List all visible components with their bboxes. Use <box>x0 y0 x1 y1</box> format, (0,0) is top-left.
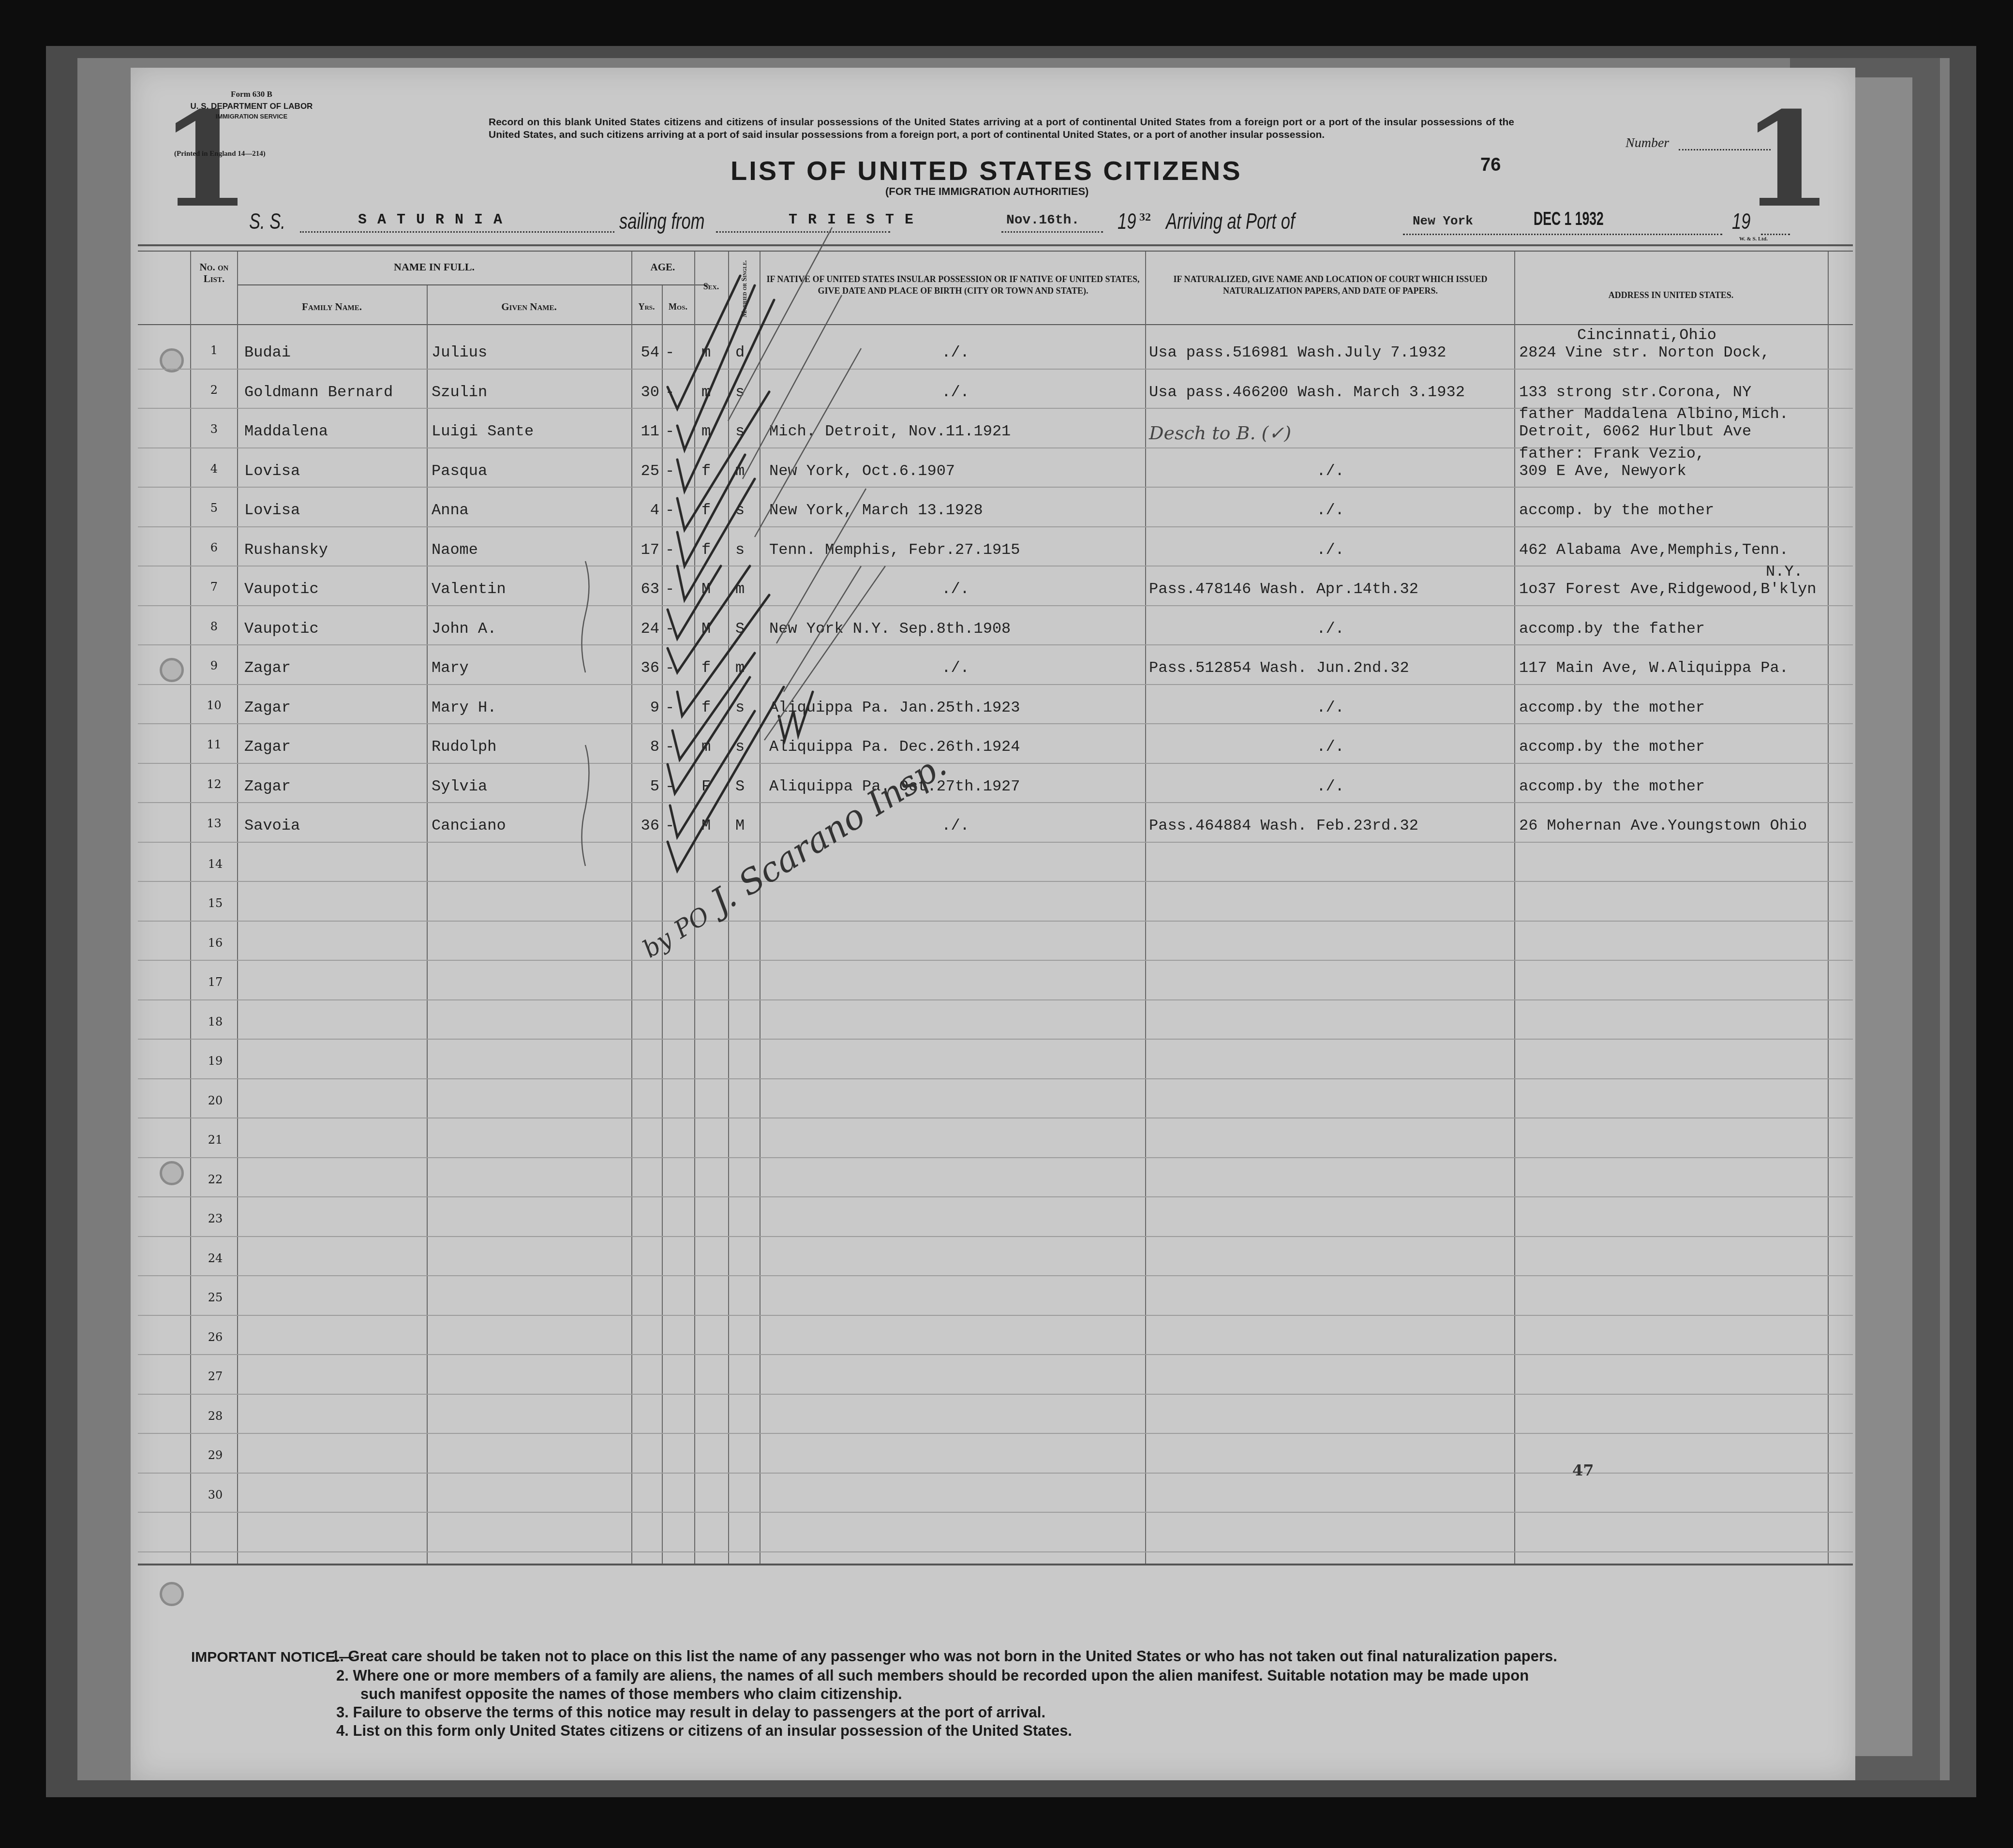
address: accomp.by the mother <box>1519 738 1824 756</box>
row-number: 11 <box>191 738 237 751</box>
notice-item-4: 4. List on this form only United States … <box>191 1722 1836 1740</box>
given-name: Szulin <box>432 383 630 401</box>
address: accomp.by the mother <box>1519 777 1824 795</box>
naturalization: Usa pass.516981 Wash.July 7.1932 <box>1149 343 1512 361</box>
row-number: 17 <box>191 975 239 989</box>
manifest-page: 1 1 Form 630 B U. S. DEPARTMENT OF LABOR… <box>131 68 1855 1780</box>
row-rule <box>138 1394 1853 1395</box>
name-age-subheader-rule <box>237 284 709 285</box>
departure-year-suffix: 32 <box>1139 211 1151 224</box>
given-name: Canciano <box>432 817 630 835</box>
header-no-on-list: No. on List. <box>191 261 237 284</box>
row-rule <box>138 684 1853 685</box>
row-number: 27 <box>191 1370 239 1383</box>
binding-hole <box>160 658 184 682</box>
address: accomp. by the mother <box>1519 501 1824 519</box>
row-rule <box>138 1315 1853 1316</box>
given-name: Luigi Sante <box>432 422 630 440</box>
naturalization: Usa pass.466200 Wash. March 3.1932 <box>1149 383 1512 401</box>
corner-numeral-right: 1 <box>1742 94 1833 225</box>
row-number: 5 <box>191 501 237 515</box>
row-number: 7 <box>191 580 237 594</box>
row-rule <box>138 1433 1853 1434</box>
age-years: 8 <box>631 738 659 756</box>
address: 462 Alabama Ave,Memphis,Tenn. <box>1519 541 1824 559</box>
notice-item-2-cont: such manifest opposite the names of thos… <box>191 1685 1836 1703</box>
age-years: 36 <box>631 817 659 835</box>
address-line-top: N.Y. <box>1766 563 1803 581</box>
row-number: 18 <box>191 1015 239 1028</box>
table-top-rule <box>138 251 1853 252</box>
row-number: 15 <box>191 896 239 910</box>
naturalization: Desch to B. (✓) <box>1149 422 1512 444</box>
arriving-label: Arriving at Port of <box>1166 208 1295 234</box>
row-number: 3 <box>191 422 237 436</box>
bottom-mark: 47 <box>1572 1461 1594 1479</box>
family-name: Rushansky <box>244 541 423 559</box>
header-name-in-full: NAME IN FULL. <box>237 261 631 273</box>
ship-name: SATURNIA <box>358 212 513 228</box>
row-rule <box>138 999 1853 1000</box>
printer-mark: W. & S. Ltd. <box>1739 236 1768 242</box>
col-rule <box>1828 252 1829 1564</box>
address: accomp.by the mother <box>1519 699 1824 716</box>
age-years: 54 <box>631 343 659 361</box>
given-name: Mary H. <box>432 699 630 716</box>
arrival-date-stamp: DEC 1 1932 <box>1534 209 1604 230</box>
age-years: 36 <box>631 659 659 677</box>
row-rule <box>138 802 1853 803</box>
row-rule <box>138 1039 1853 1040</box>
family-name: Zagar <box>244 659 423 677</box>
row-number: 9 <box>191 659 237 672</box>
printed-note: (Printed in England 14—214) <box>174 150 266 158</box>
row-rule <box>138 842 1853 843</box>
family-name: Zagar <box>244 699 423 716</box>
row-number: 1 <box>191 343 237 357</box>
family-name: Zagar <box>244 777 423 795</box>
notice-heading: IMPORTANT NOTICE.— <box>191 1648 354 1667</box>
row-rule <box>138 1354 1853 1355</box>
row-number: 24 <box>191 1252 239 1265</box>
address: accomp.by the father <box>1519 620 1824 638</box>
address-line-top: father Maddalena Albino,Mich. <box>1519 405 1789 423</box>
notice-item-2: 2. Where one or more members of a family… <box>191 1667 1836 1685</box>
row-number: 26 <box>191 1330 239 1344</box>
year-field <box>1761 234 1790 235</box>
departure-date-field <box>1001 231 1103 233</box>
given-name: Mary <box>432 659 630 677</box>
age-years: 24 <box>631 620 659 638</box>
table-top-rule <box>138 244 1853 246</box>
given-name: Naome <box>432 541 630 559</box>
table-bottom-rule <box>138 1564 1853 1565</box>
binding-hole <box>160 1161 184 1185</box>
row-rule <box>138 1512 1853 1513</box>
binding-hole <box>160 1582 184 1606</box>
row-rule <box>138 1157 1853 1158</box>
record-instructions: Record on this blank United States citiz… <box>489 116 1514 141</box>
naturalization: Pass.464884 Wash. Feb.23rd.32 <box>1149 817 1512 835</box>
row-number: 14 <box>191 857 239 871</box>
header-address: ADDRESS IN UNITED STATES. <box>1514 289 1828 301</box>
row-rule <box>138 644 1853 645</box>
given-name: Pasqua <box>432 462 630 480</box>
row-rule <box>138 526 1853 527</box>
row-number: 22 <box>191 1173 239 1186</box>
page-stamp: 76 <box>1480 155 1501 176</box>
header-given-name: Given Name. <box>427 301 631 313</box>
naturalization: ./. <box>1149 620 1512 638</box>
address-line-top: Cincinnati,Ohio <box>1577 326 1716 344</box>
row-number: 20 <box>191 1094 239 1107</box>
given-name: Valentin <box>432 580 630 598</box>
given-name: Anna <box>432 501 630 519</box>
age-years: 11 <box>631 422 659 440</box>
row-number: 23 <box>191 1212 239 1225</box>
family-name: Lovisa <box>244 501 423 519</box>
arrival-port-field <box>1403 234 1722 235</box>
col-rule <box>427 285 428 1564</box>
row-number: 21 <box>191 1133 239 1147</box>
family-name: Vaupotic <box>244 620 423 638</box>
important-notice: IMPORTANT NOTICE.— 1. Great care should … <box>191 1647 1836 1740</box>
form-number: Form 630 B <box>179 89 324 99</box>
col-rule <box>631 252 632 1564</box>
col-rule <box>1514 252 1515 1564</box>
year-prefix: 19 <box>1118 208 1136 234</box>
row-rule <box>138 960 1853 961</box>
row-number: 12 <box>191 777 237 791</box>
row-rule <box>138 1236 1853 1237</box>
address-line-top: father: Frank Vezio, <box>1519 445 1705 462</box>
age-years: 25 <box>631 462 659 480</box>
row-rule <box>138 1275 1853 1276</box>
given-name: John A. <box>432 620 630 638</box>
header-yrs: Yrs. <box>631 301 662 313</box>
age-years: 63 <box>631 580 659 598</box>
family-name: Goldmann Bernard <box>244 383 423 401</box>
row-number: 28 <box>191 1409 239 1423</box>
row-number: 10 <box>191 699 237 712</box>
row-number: 19 <box>191 1054 239 1068</box>
ss-label: S. S. <box>249 208 285 234</box>
age-years: 9 <box>631 699 659 716</box>
row-rule <box>138 723 1853 724</box>
row-number: 8 <box>191 620 237 633</box>
page-subtitle: (FOR THE IMMIGRATION AUTHORITIES) <box>885 185 1089 198</box>
row-number: 16 <box>191 936 239 950</box>
naturalization: ./. <box>1149 462 1512 480</box>
family-name: Budai <box>244 343 423 361</box>
row-rule <box>138 566 1853 566</box>
year-label: 19 <box>1732 208 1750 234</box>
family-name: Maddalena <box>244 422 423 440</box>
row-rule <box>138 1551 1853 1552</box>
arrival-port: New York <box>1413 214 1473 228</box>
row-number: 30 <box>191 1488 239 1502</box>
row-rule <box>138 881 1853 882</box>
header-family-name: Family Name. <box>237 301 427 313</box>
address: 26 Mohernan Ave.Youngstown Ohio <box>1519 817 1824 835</box>
given-name: Julius <box>432 343 630 361</box>
row-rule <box>138 1078 1853 1079</box>
row-number: 13 <box>191 817 237 830</box>
address: 117 Main Ave, W.Aliquippa Pa. <box>1519 659 1824 677</box>
naturalization: Pass.478146 Wash. Apr.14th.32 <box>1149 580 1512 598</box>
row-rule <box>138 1118 1853 1118</box>
departure-date: Nov.16th. <box>1006 213 1079 228</box>
service: IMMIGRATION SERVICE <box>179 113 324 120</box>
header-naturalized: IF NATURALIZED, GIVE NAME AND LOCATION O… <box>1149 273 1512 297</box>
row-rule <box>138 921 1853 922</box>
address: 309 E Ave, Newyork <box>1519 462 1824 480</box>
address: 133 strong str.Corona, NY <box>1519 383 1824 401</box>
naturalization: ./. <box>1149 738 1512 756</box>
age-years: 30 <box>631 383 659 401</box>
family-name: Savoia <box>244 817 423 835</box>
row-number: 6 <box>191 541 237 554</box>
row-number: 2 <box>191 383 237 397</box>
signature-prefix: by PO <box>638 901 715 963</box>
row-rule <box>138 487 1853 488</box>
number-field <box>1679 149 1771 150</box>
family-name: Vaupotic <box>244 580 423 598</box>
number-label: Number <box>1625 135 1669 151</box>
naturalization: ./. <box>1149 777 1512 795</box>
age-years: 5 <box>631 777 659 795</box>
family-name: Zagar <box>244 738 423 756</box>
address: 1o37 Forest Ave,Ridgewood,B'klyn <box>1519 580 1824 598</box>
address: 2824 Vine str. Norton Dock, <box>1519 343 1824 361</box>
notice-item-1: 1. Great care should be taken not to pla… <box>331 1647 1557 1666</box>
row-rule <box>138 369 1853 370</box>
notice-item-3: 3. Failure to observe the terms of this … <box>191 1703 1836 1722</box>
row-rule <box>138 1196 1853 1197</box>
row-number: 4 <box>191 462 237 476</box>
family-name: Lovisa <box>244 462 423 480</box>
given-name: Sylvia <box>432 777 630 795</box>
naturalization: ./. <box>1149 699 1512 716</box>
row-rule <box>138 763 1853 764</box>
naturalization: Pass.512854 Wash. Jun.2nd.32 <box>1149 659 1512 677</box>
row-rule <box>138 605 1853 606</box>
page-title: LIST OF UNITED STATES CITIZENS <box>731 155 1242 186</box>
col-rule <box>1145 252 1146 1564</box>
header-bottom-rule <box>138 324 1853 325</box>
departure-port: TRIESTE <box>789 212 924 228</box>
address: Detroit, 6062 Hurlbut Ave <box>1519 422 1824 440</box>
age-years: 17 <box>631 541 659 559</box>
department: U. S. DEPARTMENT OF LABOR <box>179 102 324 111</box>
given-name: Rudolph <box>432 738 630 756</box>
age-years: 4 <box>631 501 659 519</box>
row-rule <box>138 1473 1853 1474</box>
ship-name-field <box>300 231 614 233</box>
row-number: 25 <box>191 1291 239 1304</box>
naturalization: ./. <box>1149 501 1512 519</box>
row-number: 29 <box>191 1448 239 1462</box>
naturalization: ./. <box>1149 541 1512 559</box>
